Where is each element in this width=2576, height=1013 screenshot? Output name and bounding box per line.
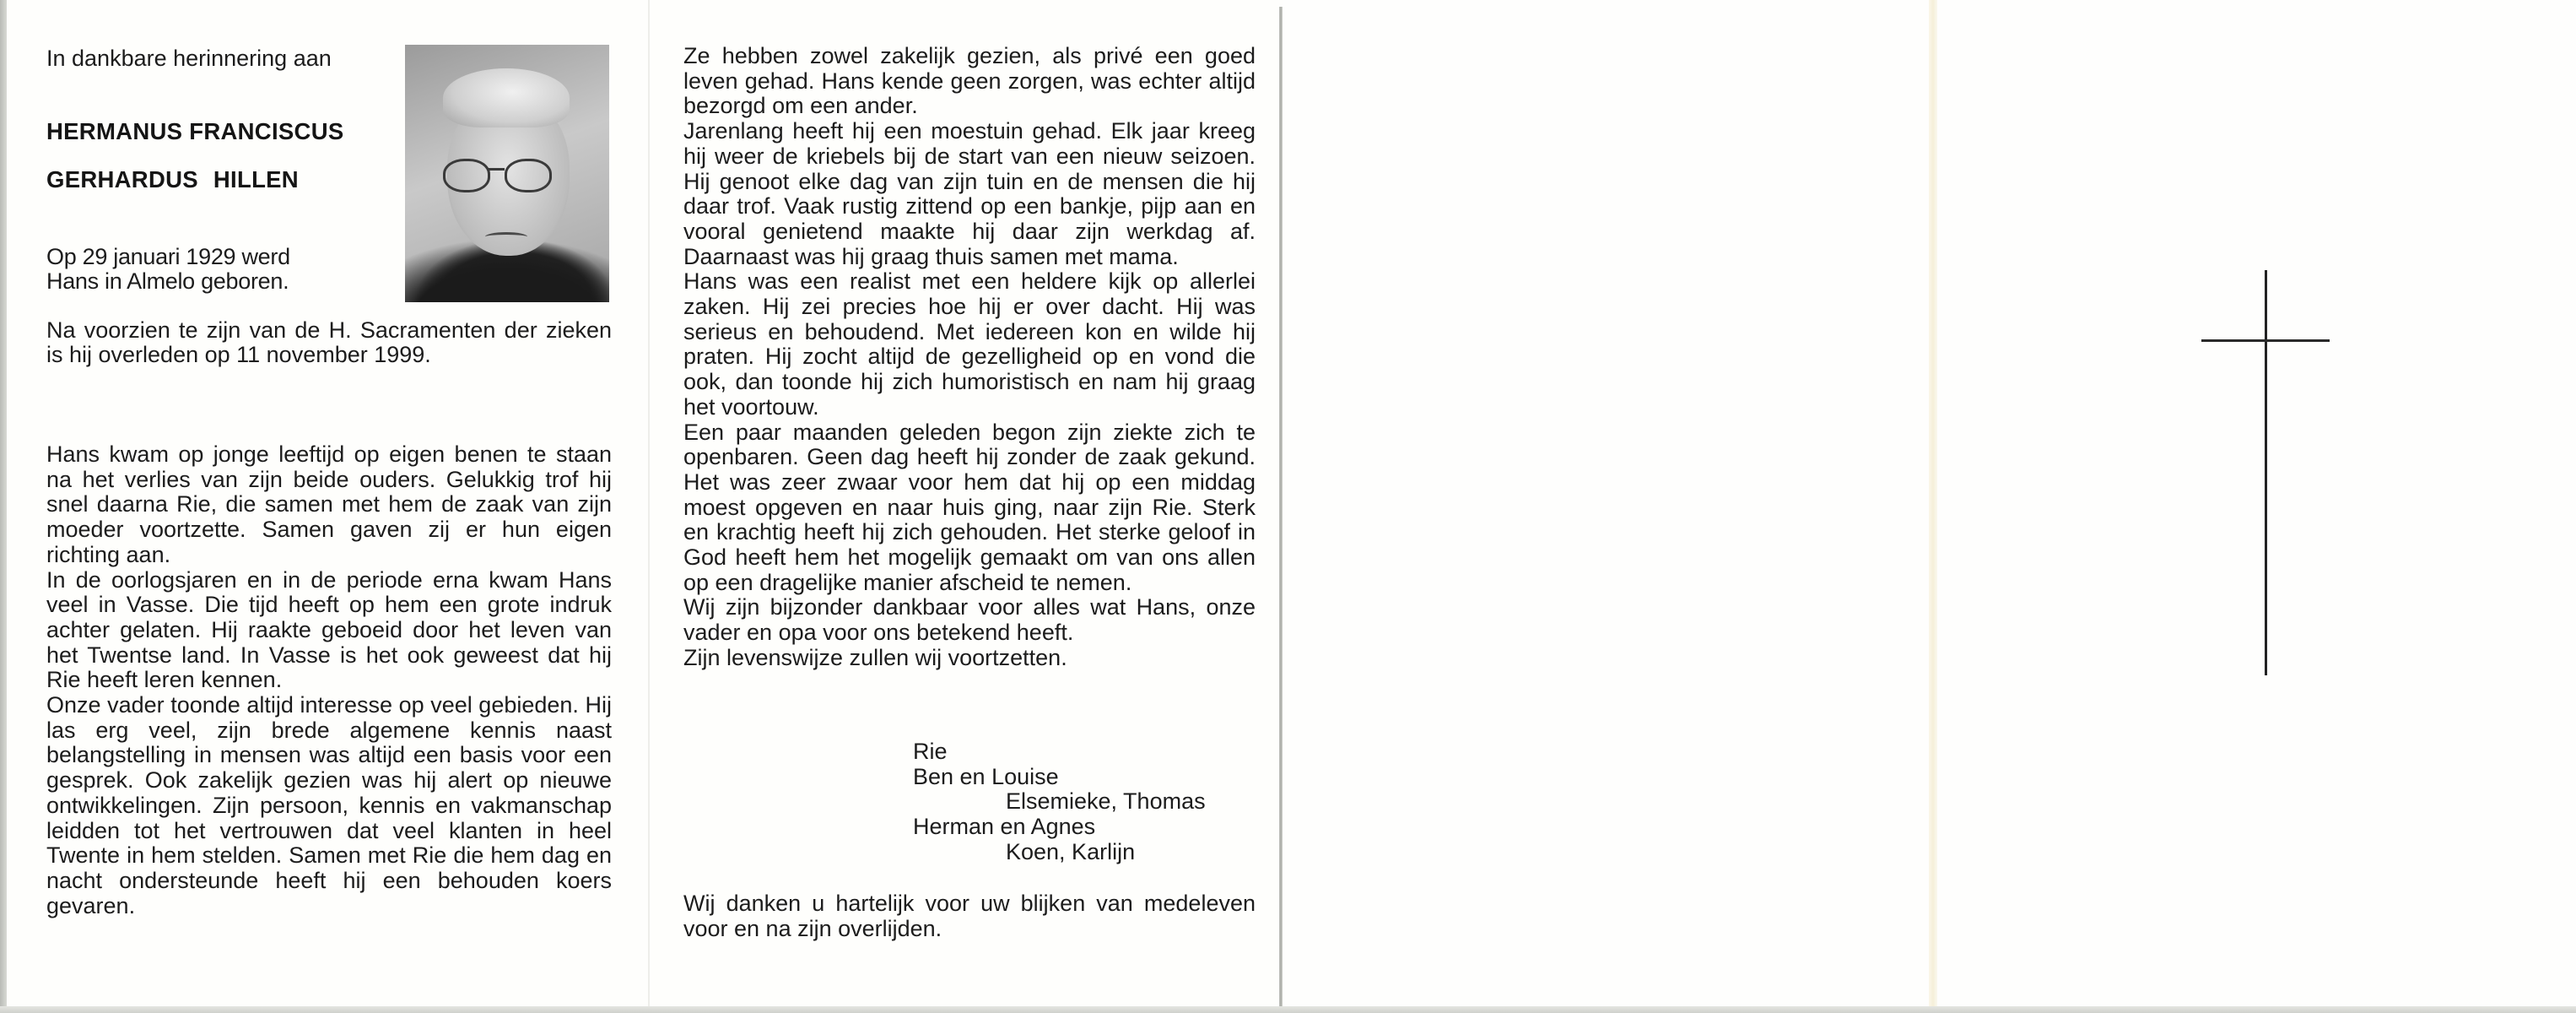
card-bottom-edge [0,1006,2576,1013]
fold-line-outer [1929,0,1937,1006]
panel-edge-line [1279,7,1283,1008]
paragraph: Ze hebben zowel zakelijk gezien, als pri… [683,44,1256,119]
thanks-text: Wij danken u hartelijk voor uw blijken v… [683,891,1256,941]
cross-icon [2265,270,2267,675]
biography-left: Hans kwam op jonge leeftijd op eigen ben… [46,442,612,918]
paragraph: Onze vader toonde altijd interesse op ve… [46,693,612,918]
portrait-photo [405,45,609,302]
paragraph: Jarenlang heeft hij een moestuin gehad. … [683,119,1256,269]
family-member: Koen, Karlijn [913,840,1206,865]
paragraph: Wij zijn bijzonder dankbaar voor alles w… [683,595,1256,645]
family-member: Elsemieke, Thomas [913,789,1206,815]
name-line-2: GERHARDUS HILLEN [46,166,299,193]
family-member: Rie [913,739,1206,765]
thanks-paragraph: Wij danken u hartelijk voor uw blijken v… [683,891,1256,941]
cross-icon-bar [2201,339,2330,342]
family-list: Rie Ben en Louise Elsemieke, Thomas Herm… [913,739,1206,865]
biography-right: Ze hebben zowel zakelijk gezien, als pri… [683,44,1256,671]
memorial-card: In dankbare herinnering aan HERMANUS FRA… [0,0,2576,1013]
family-member: Herman en Agnes [913,815,1206,840]
photo-mouth [485,232,527,241]
paragraph: Zijn levenswijze zullen wij voortzetten. [683,646,1256,671]
card-left-edge [0,0,7,1013]
photo-hair [443,68,570,127]
birth-text: Op 29 januari 1929 werd Hans in Almelo g… [46,245,290,294]
fold-line-inner [648,0,650,1006]
glasses-bridge [488,168,505,171]
family-member: Ben en Louise [913,765,1206,790]
paragraph: Hans kwam op jonge leeftijd op eigen ben… [46,442,612,568]
glasses-icon [443,159,490,192]
paragraph: Hans was een realist met een heldere kij… [683,269,1256,420]
glasses-icon [505,159,552,192]
paragraph: In de oorlogsjaren en in de periode erna… [46,568,612,694]
death-text: Na voorzien te zijn van de H. Sacramente… [46,318,612,367]
name-line-1: HERMANUS FRANCISCUS [46,118,344,145]
paragraph: Een paar maanden geleden begon zijn ziek… [683,420,1256,596]
intro-text: In dankbare herinnering aan [46,46,332,72]
